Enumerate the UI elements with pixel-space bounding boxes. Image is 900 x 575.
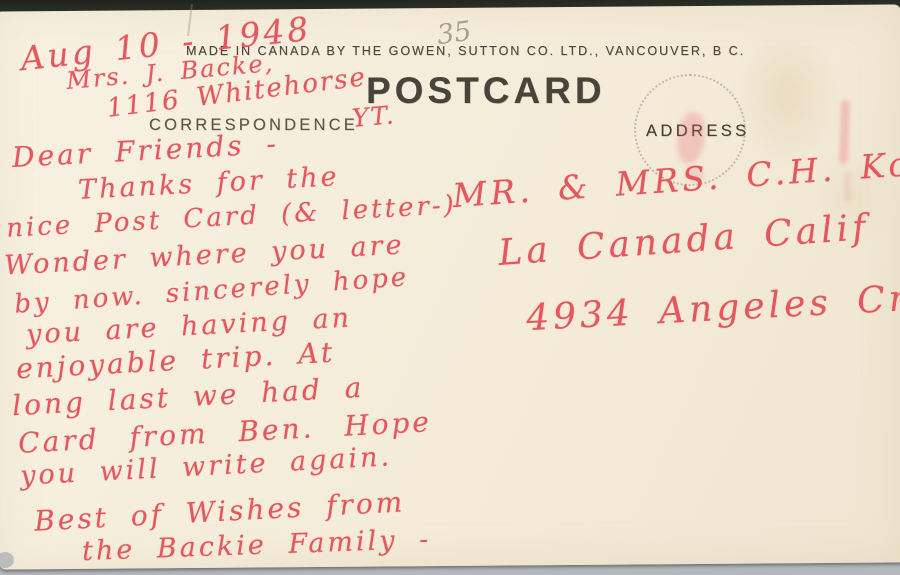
sender-territory: YT. bbox=[351, 100, 397, 133]
pencil-price-mark: 35 bbox=[435, 16, 473, 51]
paper-stain bbox=[740, 28, 835, 163]
scanned-postcard-back: MADE IN CANADA BY THE GOWEN, SUTTON CO. … bbox=[0, 0, 900, 575]
postcard-title-stamp: POSTCARD bbox=[366, 70, 606, 112]
